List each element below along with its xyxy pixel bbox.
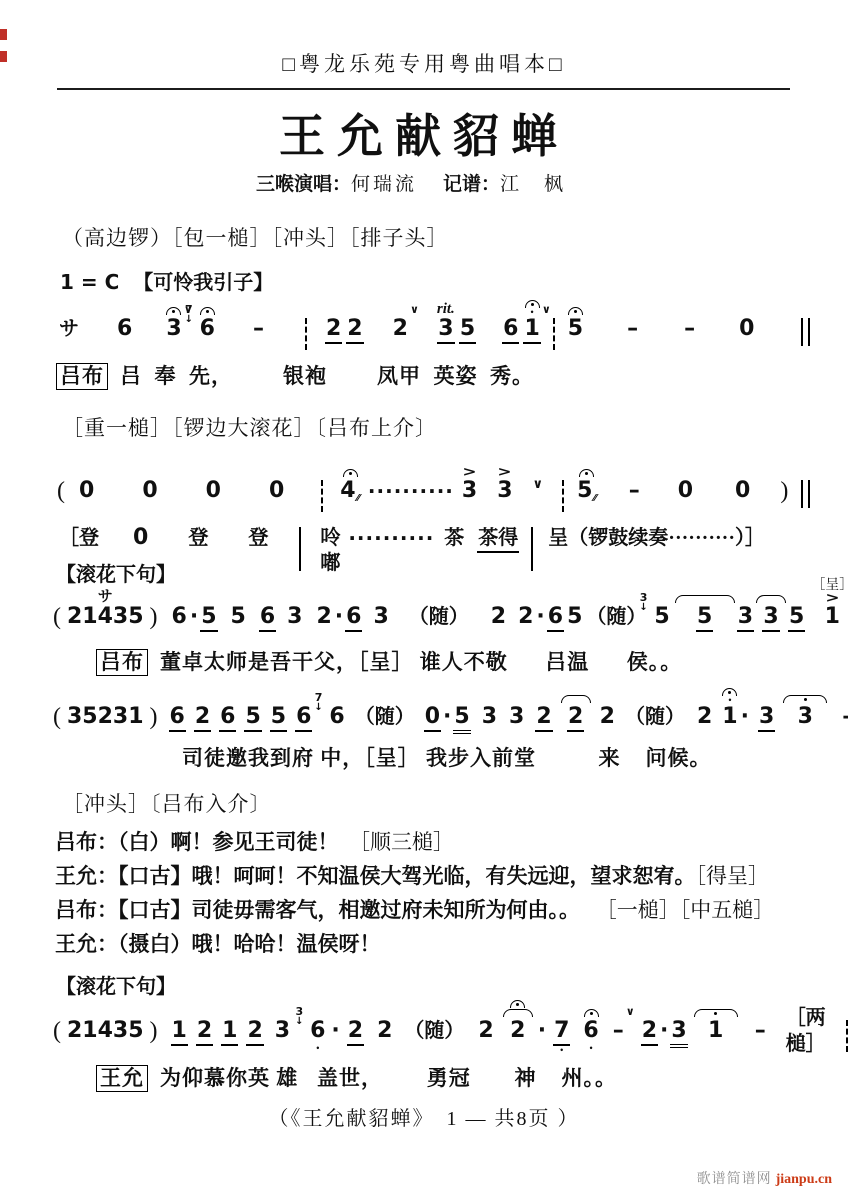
note-token: 5 <box>453 684 470 743</box>
lyric-text: 为仰慕你英 雄 盖世， 勇冠 神 州。。 <box>160 1066 617 1090</box>
note-token: （随） <box>408 584 470 639</box>
note-token: 2 <box>561 684 591 741</box>
note-token: ［两槌］ <box>785 998 828 1053</box>
note-token: ·········· <box>347 505 435 560</box>
note-token: 6 <box>171 584 188 639</box>
note-token: 2 <box>535 684 552 741</box>
note-token: ［呈］>1 <box>811 584 848 639</box>
note-token: 呤嘟 <box>319 505 341 560</box>
header-rule <box>57 88 790 90</box>
percussion-tail: ［一槌］［中五槌］ <box>570 898 775 922</box>
notation-line-gunhua-2: (35231)62655667↓（随）0·533222（随）2•1·33–5– <box>52 684 848 743</box>
masthead: □粤龙乐苑专用粤曲唱本□ <box>0 48 848 78</box>
note-token: 0 <box>424 684 441 741</box>
note-token: 5 <box>566 584 583 639</box>
percussion-3: ［冲头］〔吕布入介〕 <box>62 788 272 818</box>
note-token: 3 <box>508 684 525 739</box>
note-token: 5 <box>200 584 217 641</box>
note-token: 6 <box>295 684 312 741</box>
percussion-2: ［重一槌］［锣边大滚花］〔吕布上介〕 <box>62 412 437 442</box>
note-token: 2 <box>315 584 332 639</box>
note-token: · <box>537 998 547 1053</box>
fermata-mark <box>783 695 827 703</box>
slur-arc <box>675 595 735 603</box>
note-token: · <box>535 584 545 639</box>
score-page: □粤龙乐苑专用粤曲唱本□ 王允献貂蝉 三喉演唱：何瑞流记谱：江 枫 （高边锣）［… <box>0 0 848 1200</box>
note-token: – <box>252 296 265 351</box>
dialogue-3: 吕布：【口古】司徒毋需客气，相邀过府未知所为何由。。 ［一槌］［中五槌］ <box>55 894 774 924</box>
note-token: 登 <box>187 505 209 560</box>
note-token: 2 <box>346 296 363 353</box>
red-edge-mark <box>0 29 7 40</box>
note-token: 3 <box>737 584 754 641</box>
key-signature-row: 1 = C【可怜我引子】 <box>60 266 273 295</box>
note-token <box>801 458 810 517</box>
note-token: 2 <box>347 998 364 1055</box>
fermata-mark <box>200 307 215 315</box>
note-token: 0 <box>132 505 149 560</box>
key-signature: 1 = C <box>60 270 119 294</box>
rit-mark: rit. <box>437 303 455 316</box>
note-token: 3 <box>372 584 389 639</box>
note-token: 21435 <box>66 998 145 1053</box>
barline-dashed <box>553 318 555 350</box>
note-token: – <box>754 998 767 1053</box>
notation-line-gunhua-3: (21435)121236•3↓·22（随）22·7•6•–∨2·31–［两槌］ <box>52 998 848 1061</box>
note-token: 2 <box>599 684 616 739</box>
note-token: 7• <box>553 998 570 1055</box>
fermata-mark <box>166 307 181 315</box>
note-token: · <box>330 998 340 1053</box>
tremolo-mark: ⁄⁄ <box>593 494 596 504</box>
note-token: 5 <box>244 684 261 741</box>
barline-dashed <box>305 318 307 350</box>
note-token: ) <box>149 584 159 639</box>
note-token <box>801 296 810 355</box>
note-token: 6 <box>219 684 236 741</box>
singer-label: 三喉演唱： <box>256 174 351 195</box>
speaker: 王允： <box>55 864 118 888</box>
lyric-line-4: 王允为仰慕你英 雄 盖世， 勇冠 神 州。。 <box>96 1062 617 1092</box>
dialogue-text: （摄白）哦！哈哈！温侯呀！ <box>118 932 381 956</box>
breath-mark: ∨ <box>542 303 551 316</box>
lyric-text: 司徒邀我到府 中，［呈］ 我步入前堂 来 问候。 <box>182 746 712 770</box>
lyric-line-3: 司徒邀我到府 中，［呈］ 我步入前堂 来 问候。 <box>182 742 712 772</box>
note-token: 茶得 <box>477 505 519 562</box>
barline <box>531 527 533 571</box>
note-token: サ <box>58 296 80 351</box>
note-token: 3 <box>274 998 291 1053</box>
grace-note: 3↓ <box>295 1007 303 1026</box>
singer-name: 何瑞流 <box>351 174 417 195</box>
page-footer: （《王允献貂蝉》 1 — 共8页 ） <box>0 1102 848 1131</box>
speaker: 吕布： <box>55 898 118 922</box>
note-token: – <box>683 296 696 351</box>
note-token: 5 <box>567 296 584 351</box>
note-token: 1 <box>694 998 738 1053</box>
note-token: 6•3↓ <box>309 998 326 1053</box>
role-badge-wangyun: 王允 <box>96 1065 148 1092</box>
fermata-mark <box>343 469 358 477</box>
fermata-mark <box>722 688 737 696</box>
lyric-line-1: 吕布吕 奉 先， 银袍 凤甲 英姿 秀。 <box>56 360 534 390</box>
speaker: 吕布： <box>55 830 118 854</box>
note-token: 0 <box>738 296 755 351</box>
note-token: 呈（锣鼓续奏··········）］ <box>547 505 766 560</box>
fermata-mark <box>510 1000 525 1008</box>
percussion-tail: ［得呈］ <box>696 864 770 888</box>
note-token: · <box>189 584 199 639</box>
note-token <box>531 505 533 580</box>
note-token: サ21435 <box>66 584 145 639</box>
note-token: 2 <box>325 296 342 353</box>
note-token: 35231 <box>66 684 145 739</box>
note-token: •1 <box>721 684 738 739</box>
note-token: 登 <box>247 505 269 560</box>
grace-note: 7↓ <box>314 693 322 712</box>
note-token: 6• <box>582 998 599 1053</box>
role-badge-lvbu: 吕布 <box>56 363 108 390</box>
note-token: ( <box>52 584 62 639</box>
note-token: 1 <box>171 998 188 1055</box>
fermata-mark <box>579 469 594 477</box>
grace-note: 3↓ <box>639 593 647 612</box>
stacked-syllable: 嘟 <box>320 552 340 574</box>
credits: 三喉演唱：何瑞流记谱：江 枫 <box>0 169 848 196</box>
note-token: 3 <box>756 584 786 641</box>
note-token: 2 <box>194 684 211 741</box>
breath-mark: ∨ <box>626 1005 635 1018</box>
dialogue-1: 吕布：（白）啊！参见王司徒！ ［顺三槌］ <box>55 826 454 856</box>
dialogue-4: 王允：（摄白）哦！哈哈！温侯呀！ <box>55 928 381 958</box>
note-token: 6 <box>547 584 564 641</box>
note-token: · <box>442 684 452 739</box>
note-token: ( <box>52 998 62 1053</box>
accent-mark: > <box>498 467 512 478</box>
octave-dot-low: • <box>589 1044 592 1053</box>
note-token: 6 <box>345 584 362 641</box>
slur-arc <box>503 1009 533 1017</box>
note-token: 2∨ <box>392 296 409 351</box>
note-token: 6 <box>116 296 133 351</box>
fermata-mark <box>584 1009 599 1017</box>
note-token: 3 <box>758 684 775 741</box>
dialogue-text: 【口古】司徒毋需客气，相邀过府未知所为何由。。 <box>118 898 570 922</box>
sanban-mark: サ <box>98 591 113 604</box>
lyric-text: 吕 奉 先， 银袍 凤甲 英姿 秀。 <box>120 364 534 388</box>
notation-line-intro: サ63∨67↓–222∨rit.356•1∨5––0 <box>58 296 810 359</box>
dialogue-text: （白）啊！参见王司徒！ <box>118 830 339 854</box>
note-token: （随） <box>403 998 465 1053</box>
page-title: 王允献貂蝉 <box>0 100 848 166</box>
note-token: 2 <box>490 584 507 639</box>
note-token: 3 <box>670 998 687 1057</box>
octave-dot-high: • <box>728 697 731 704</box>
intro-section-label: 【可怜我引子】 <box>133 270 273 294</box>
dialogue-2: 王允：【口古】哦！呵呵！不知温侯大驾光临，有失远迎，望求恕宥。［得呈］ <box>55 860 769 890</box>
note-token: 3 <box>286 584 303 639</box>
note-token: （随） <box>624 684 686 739</box>
breath-mark: ∨ <box>410 303 419 316</box>
octave-dot-high: • <box>531 309 534 316</box>
note-token: 5 <box>270 684 287 741</box>
barline <box>299 527 301 571</box>
note-token: 1 <box>221 998 238 1055</box>
lyric-line-2: 吕布董卓太师是吾干父，［呈］ 谁人不敬 吕温 侯。。 <box>96 646 682 676</box>
speaker: 王允： <box>55 932 118 956</box>
note-token <box>553 296 555 359</box>
note-token: 5 <box>459 296 476 353</box>
note-token: 2 <box>517 584 534 639</box>
slur-arc <box>756 595 786 603</box>
note-token: 67↓ <box>199 296 216 351</box>
note-token: rit.3 <box>437 296 455 353</box>
note-token: ) <box>149 998 159 1053</box>
role-badge-lvbu: 吕布 <box>96 649 148 676</box>
percussion-tail: ［顺三槌］ <box>339 830 455 854</box>
fermata-mark <box>694 1009 738 1017</box>
notator-name: 江 枫 <box>500 174 566 195</box>
note-token: 6 <box>259 584 276 641</box>
note-token: ) <box>779 458 789 513</box>
note-token: 53↓ <box>653 584 670 639</box>
note-token: 3∨ <box>165 296 182 351</box>
dialogue-text: 【口古】哦！呵呵！不知温侯大驾光临，有失远迎，望求恕宥。 <box>118 864 696 888</box>
note-token: 5 <box>675 584 735 641</box>
note-token: · <box>334 584 344 639</box>
note-token: 5 <box>230 584 247 639</box>
octave-dot-low: • <box>560 1046 563 1055</box>
note-token: – <box>841 684 848 739</box>
note-token: 2 <box>376 998 393 1053</box>
note-token: ［登 <box>58 505 100 560</box>
note-token: 2 <box>503 998 533 1053</box>
note-token: 6 <box>169 684 186 741</box>
grace-note: 7↓ <box>185 305 193 324</box>
octave-dot-low: • <box>316 1044 319 1053</box>
note-token: 2 <box>246 998 263 1055</box>
note-token: · <box>740 684 750 739</box>
note-token: 2 <box>641 998 658 1055</box>
note-token: · <box>659 998 669 1053</box>
note-token: 3 <box>783 684 827 739</box>
notation-line-gunhua-1: (サ21435)6·55632·63（随）22·65（随）53↓5335［呈］>… <box>52 584 848 647</box>
note-token: 5 <box>788 584 805 641</box>
note-token: –∨ <box>612 998 625 1053</box>
barline-final <box>801 318 810 346</box>
note-token: 2 <box>696 684 713 739</box>
note-token: ( <box>52 684 62 739</box>
lyric-text: 董卓太师是吾干父，［呈］ 谁人不敬 吕温 侯。。 <box>160 650 682 674</box>
watermark-site-name: 歌谱简谱网 <box>697 1172 772 1187</box>
watermark-link[interactable]: jianpu.cn <box>776 1172 832 1187</box>
note-token: 2 <box>477 998 494 1053</box>
watermark: 歌谱简谱网jianpu.cn <box>697 1168 832 1188</box>
fermata-mark <box>525 300 540 308</box>
note-token <box>305 296 307 359</box>
note-token: 2 <box>196 998 213 1055</box>
tremolo-mark: ⁄⁄ <box>357 494 360 504</box>
note-token <box>299 505 301 580</box>
note-token: （随） <box>585 584 647 639</box>
note-token: 茶 <box>443 505 465 560</box>
percussion-intro: （高边锣）［包一槌］［冲头］［排子头］ <box>62 222 449 252</box>
note-token: （随） <box>354 684 416 739</box>
notator-label: 记谱： <box>443 174 500 195</box>
barline-final <box>801 480 810 508</box>
section-label-2: 【滚花下句】 <box>56 970 176 999</box>
fermata-mark <box>568 307 583 315</box>
accent-mark: > <box>825 593 839 604</box>
notation-line-syllables: ［登0登登呤嘟··········茶茶得呈（锣鼓续奏··········）］ <box>58 505 766 580</box>
accent-mark: > <box>462 467 476 478</box>
note-token: ) <box>149 684 159 739</box>
note-token: 6 <box>502 296 519 353</box>
note-token: 3 <box>481 684 498 739</box>
note-token: 67↓ <box>328 684 345 739</box>
note-token: – <box>626 296 639 351</box>
note-token: •1∨ <box>523 296 540 353</box>
slur-arc <box>561 695 591 703</box>
